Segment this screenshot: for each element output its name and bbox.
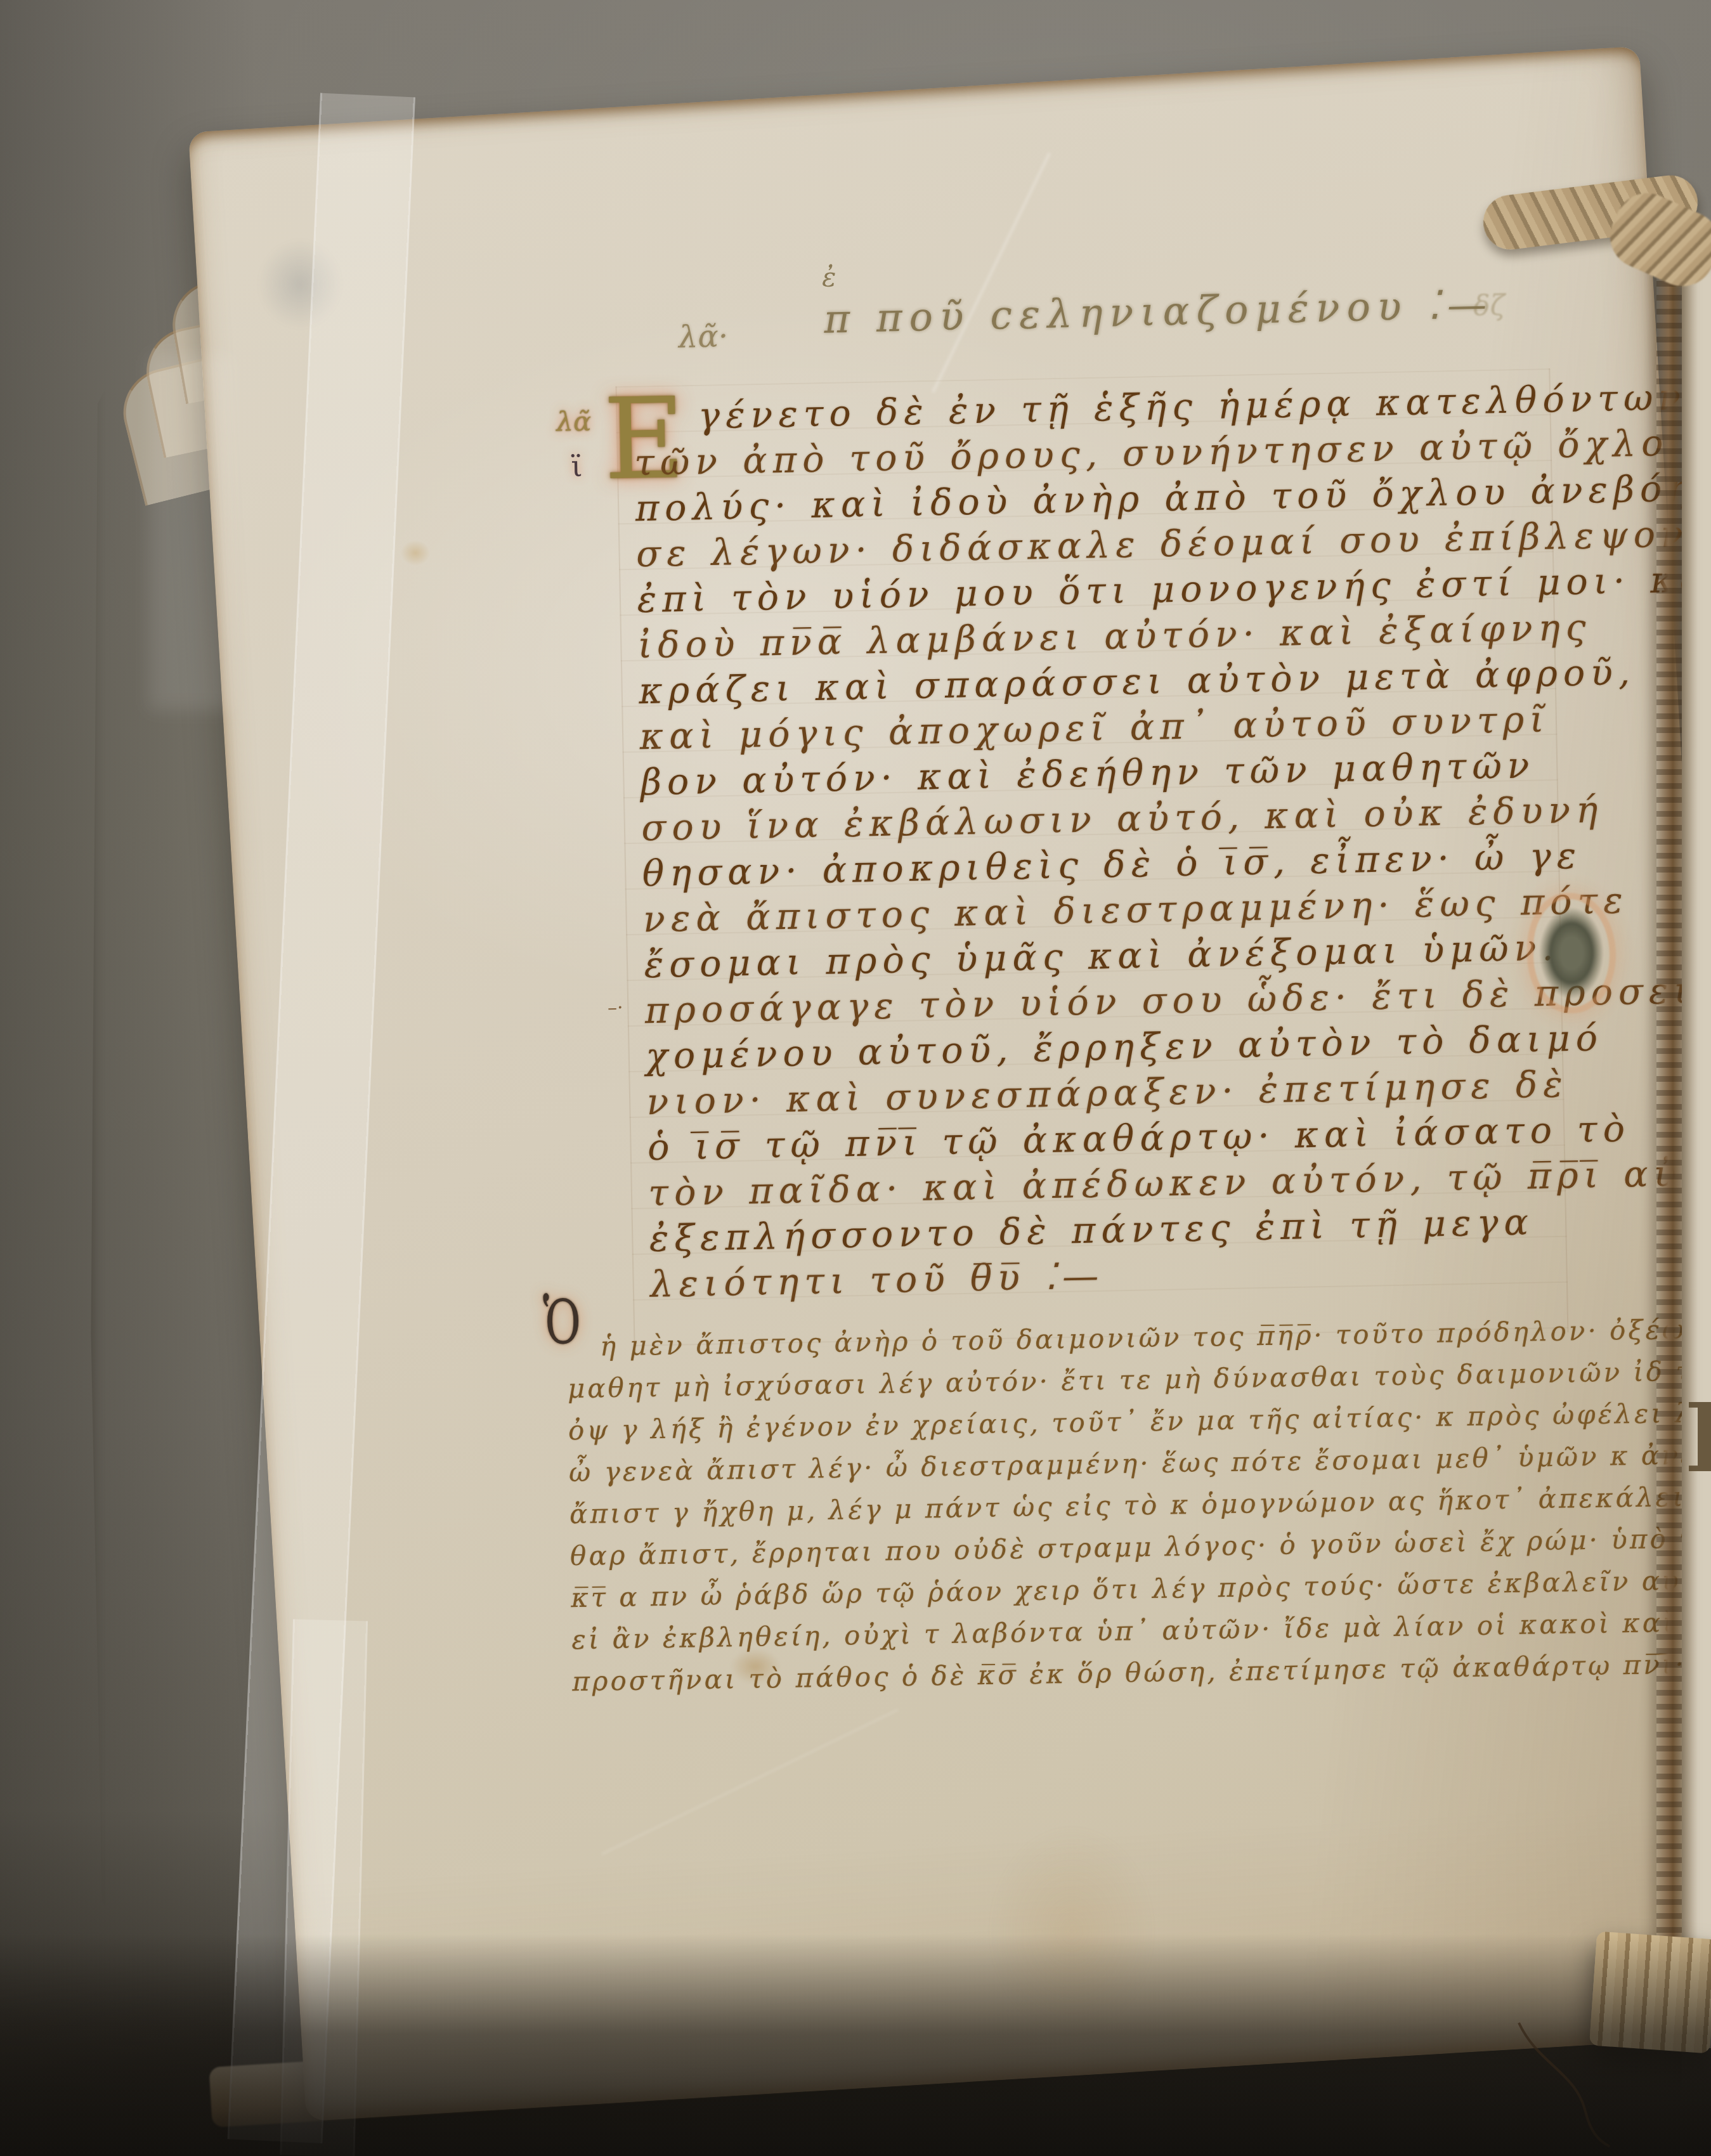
initial-margin-mark-bottom: ϊ (571, 449, 583, 483)
gutter-sewing-cord (1656, 260, 1683, 2016)
bottom-shadow (0, 1934, 1711, 2156)
gospel-text-block: γένετο δὲ ἐν τῇ ἑξῆς ἡμέρᾳ κατελθόντων α… (633, 377, 1589, 1308)
ink-stain-right-margin (1533, 899, 1610, 1007)
small-stain (731, 1649, 780, 1684)
small-stain (401, 540, 430, 566)
chapter-number-margin: λᾶ· (678, 318, 728, 355)
manuscript-photo: λᾶ· ἐ π ποῦ ϲεληνιαζομένου ⁚— δζ λᾶ ϊ Ε … (0, 0, 1711, 2156)
heading-abbreviation-mark: ἐ (821, 261, 836, 292)
facing-page-sliver (1682, 266, 1711, 2048)
commentary-text-block: ἡ μὲν ἄπιστος ἀνὴρ ὁ τοῦ δαιμονιῶν τος π… (566, 1309, 1650, 1703)
initial-margin-mark-top: λᾶ (556, 406, 592, 438)
facing-page-letter: Π (1684, 1382, 1711, 1494)
paragraph-mark: –· (608, 997, 623, 1019)
faded-margin-note: δζ (1473, 289, 1506, 322)
edge-sheen (149, 355, 231, 710)
